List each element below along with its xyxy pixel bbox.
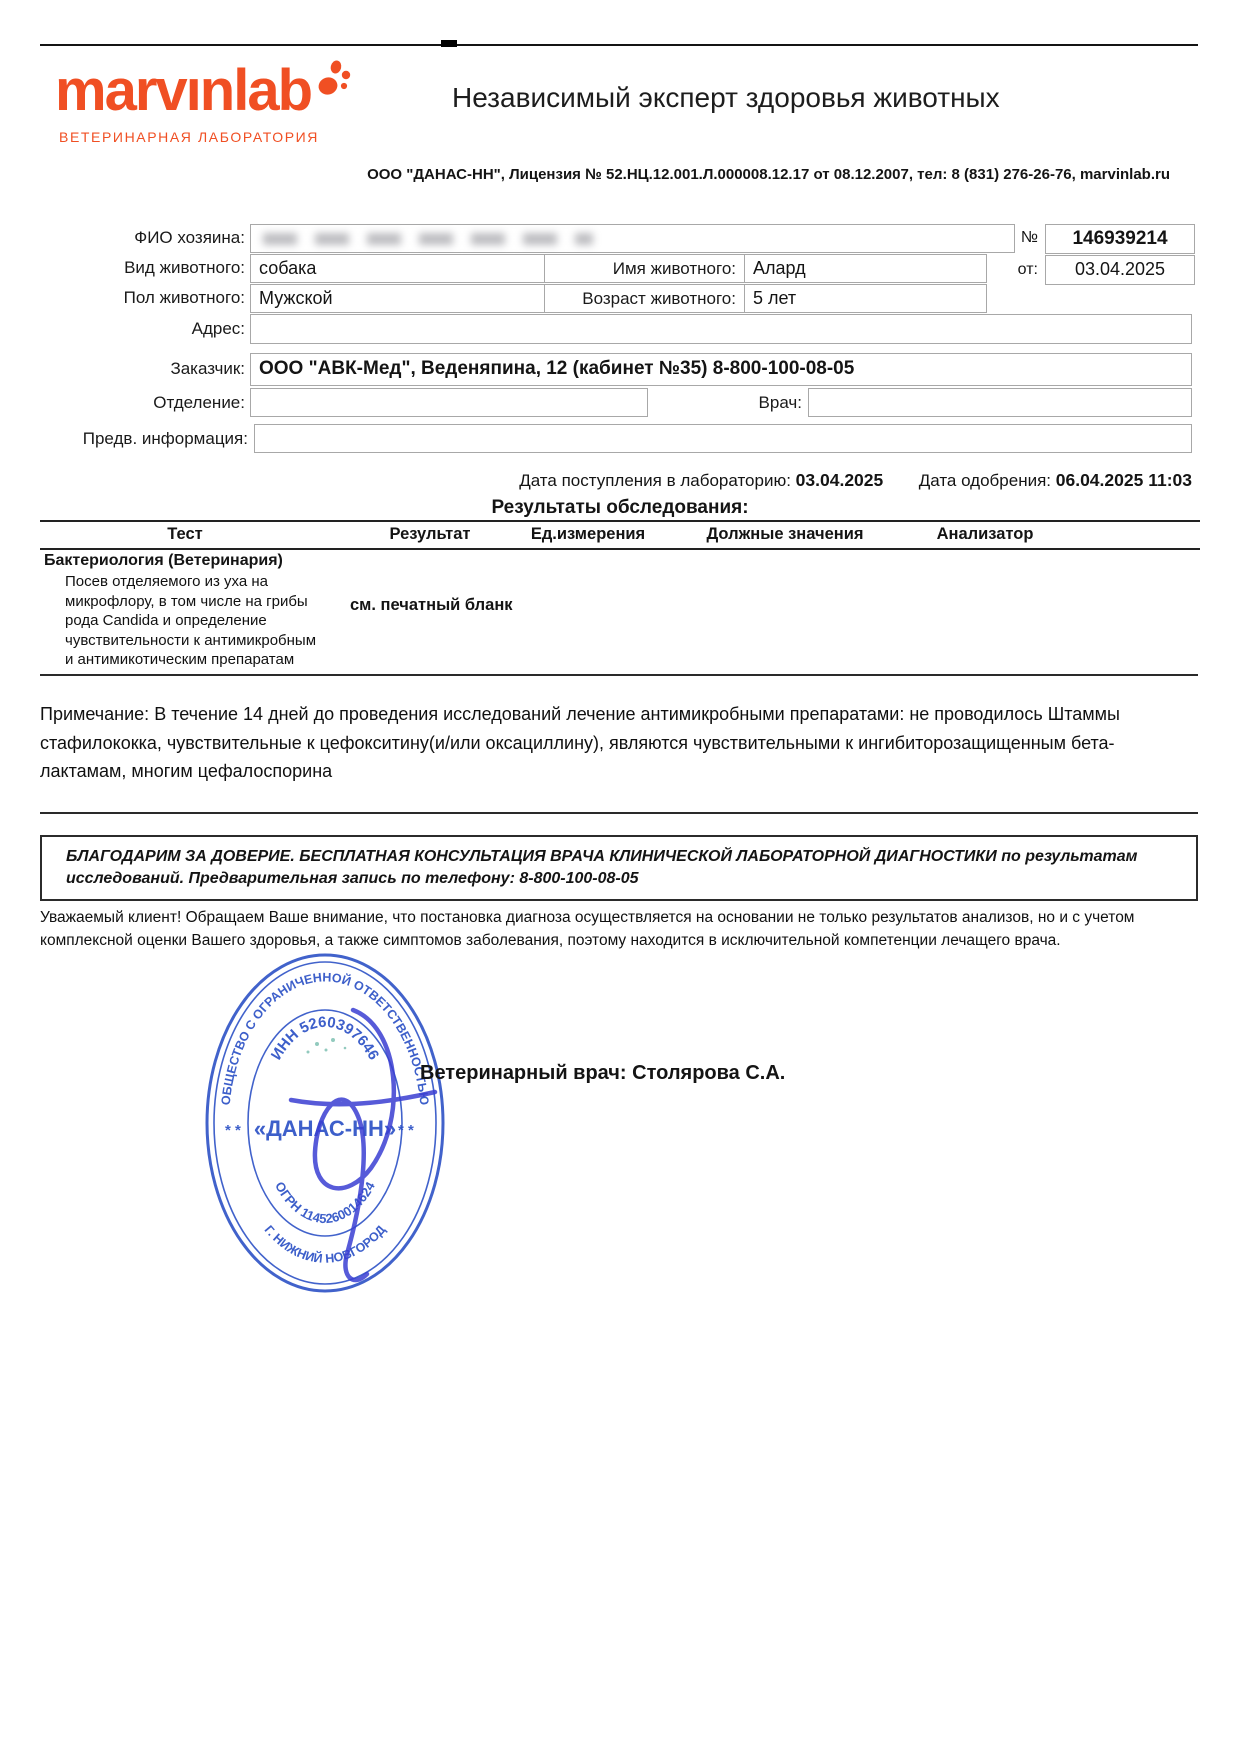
customer-value: ООО "АВК-Мед", Веденяпина, 12 (кабинет №…: [250, 353, 1192, 386]
report-date-value: 03.04.2025: [1045, 255, 1195, 285]
top-divider: [40, 44, 1198, 46]
thanks-box: БЛАГОДАРИМ ЗА ДОВЕРИЕ. БЕСПЛАТНАЯ КОНСУЛ…: [40, 835, 1198, 901]
stamp-city-text: Г. НИЖНИЙ НОВГОРОД: [262, 1223, 389, 1266]
client-notice: Уважаемый клиент! Обращаем Ваше внимание…: [40, 907, 1200, 952]
lab-report-page: marvınlab ВЕТЕРИНАРНАЯ ЛАБОРАТОРИЯ Незав…: [0, 0, 1241, 1754]
address-label: Адрес:: [40, 315, 245, 339]
dates-line: Дата поступления в лабораторию: 03.04.20…: [40, 470, 1192, 491]
pre-info-label: Предв. информация:: [40, 425, 248, 449]
owner-name-redacted: [263, 233, 593, 245]
report-number-value: 146939214: [1045, 224, 1195, 254]
test-name-cell: Посев отделяемого из уха на микрофлору, …: [65, 572, 317, 670]
age-value: 5 лет: [745, 284, 987, 313]
license-line: ООО "ДАНАС-НН", Лицензия № 52.НЦ.12.001.…: [40, 166, 1170, 183]
column-header-test: Тест: [40, 522, 330, 548]
note-paragraph: Примечание: В течение 14 дней до проведе…: [40, 700, 1128, 786]
pet-name-label: Имя животного:: [545, 254, 745, 283]
department-label: Отделение:: [40, 389, 245, 413]
species-label: Вид животного:: [40, 254, 245, 278]
approved-date-label: Дата одобрения:: [919, 471, 1051, 490]
owner-name-label: ФИО хозяина:: [40, 224, 245, 248]
column-header-unit: Ед.измерения: [530, 522, 646, 548]
address-field: [250, 314, 1192, 344]
brand-logo: marvınlab ВЕТЕРИНАРНАЯ ЛАБОРАТОРИЯ: [55, 62, 357, 145]
column-header-result: Результат: [330, 522, 530, 548]
stamp-stars-left: * *: [225, 1122, 241, 1139]
received-date-label: Дата поступления в лабораторию:: [519, 471, 791, 490]
report-number-label: №: [980, 224, 1038, 247]
age-label: Возраст животного:: [545, 284, 745, 313]
scan-artifact: [441, 40, 457, 47]
doctor-label: Врач:: [660, 389, 802, 413]
results-table-bottom-border: [40, 674, 1198, 676]
stamp-city-textpath: Г. НИЖНИЙ НОВГОРОД: [262, 1223, 389, 1266]
stamp-center-text: «ДАНАС-НН»: [254, 1116, 396, 1141]
test-group-title: Бактериология (Ветеринария): [44, 552, 283, 570]
column-header-reference: Должные значения: [646, 522, 924, 548]
logo-tagline: ВЕТЕРИНАРНАЯ ЛАБОРАТОРИЯ: [59, 129, 357, 145]
results-title: Результаты обследования:: [40, 497, 1200, 519]
approved-date-value: 06.04.2025 11:03: [1056, 470, 1192, 490]
patient-form: ФИО хозяина: № 146939214 Вид животного: …: [40, 224, 1200, 456]
section-divider: [40, 812, 1198, 814]
owner-name-field: [250, 224, 1015, 253]
stamp-inn-text: ИНН 5260397646: [268, 1014, 382, 1063]
species-value: собака: [250, 254, 545, 283]
logo-wordmark: marvınlab: [55, 62, 311, 120]
sex-value: Мужской: [250, 284, 545, 313]
page-title: Независимый эксперт здоровья животных: [452, 82, 1092, 114]
department-field: [250, 388, 648, 417]
results-table-header: Тест Результат Ед.измерения Должные знач…: [40, 520, 1200, 550]
received-date-value: 03.04.2025: [796, 470, 884, 490]
doctor-field: [808, 388, 1192, 417]
vet-doctor-line: Ветеринарный врач: Столярова С.А.: [420, 1062, 785, 1085]
pet-name-value: Алард: [745, 254, 987, 283]
paw-icon: [315, 58, 357, 100]
stamp-stars-right: * *: [398, 1122, 414, 1139]
pre-info-field: [254, 424, 1192, 453]
report-date-label: от:: [980, 256, 1038, 279]
test-result-cell: см. печатный бланк: [350, 596, 513, 615]
stamp-speckles: [307, 1038, 347, 1054]
customer-label: Заказчик:: [40, 355, 245, 379]
stamp-inn-textpath: ИНН 5260397646: [268, 1014, 382, 1063]
sex-label: Пол животного:: [40, 284, 245, 308]
column-header-analyzer: Анализатор: [924, 522, 1046, 548]
stamp-seal: ОБЩЕСТВО С ОГРАНИЧЕННОЙ ОТВЕТСТВЕННОСТЬЮ…: [195, 948, 465, 1328]
